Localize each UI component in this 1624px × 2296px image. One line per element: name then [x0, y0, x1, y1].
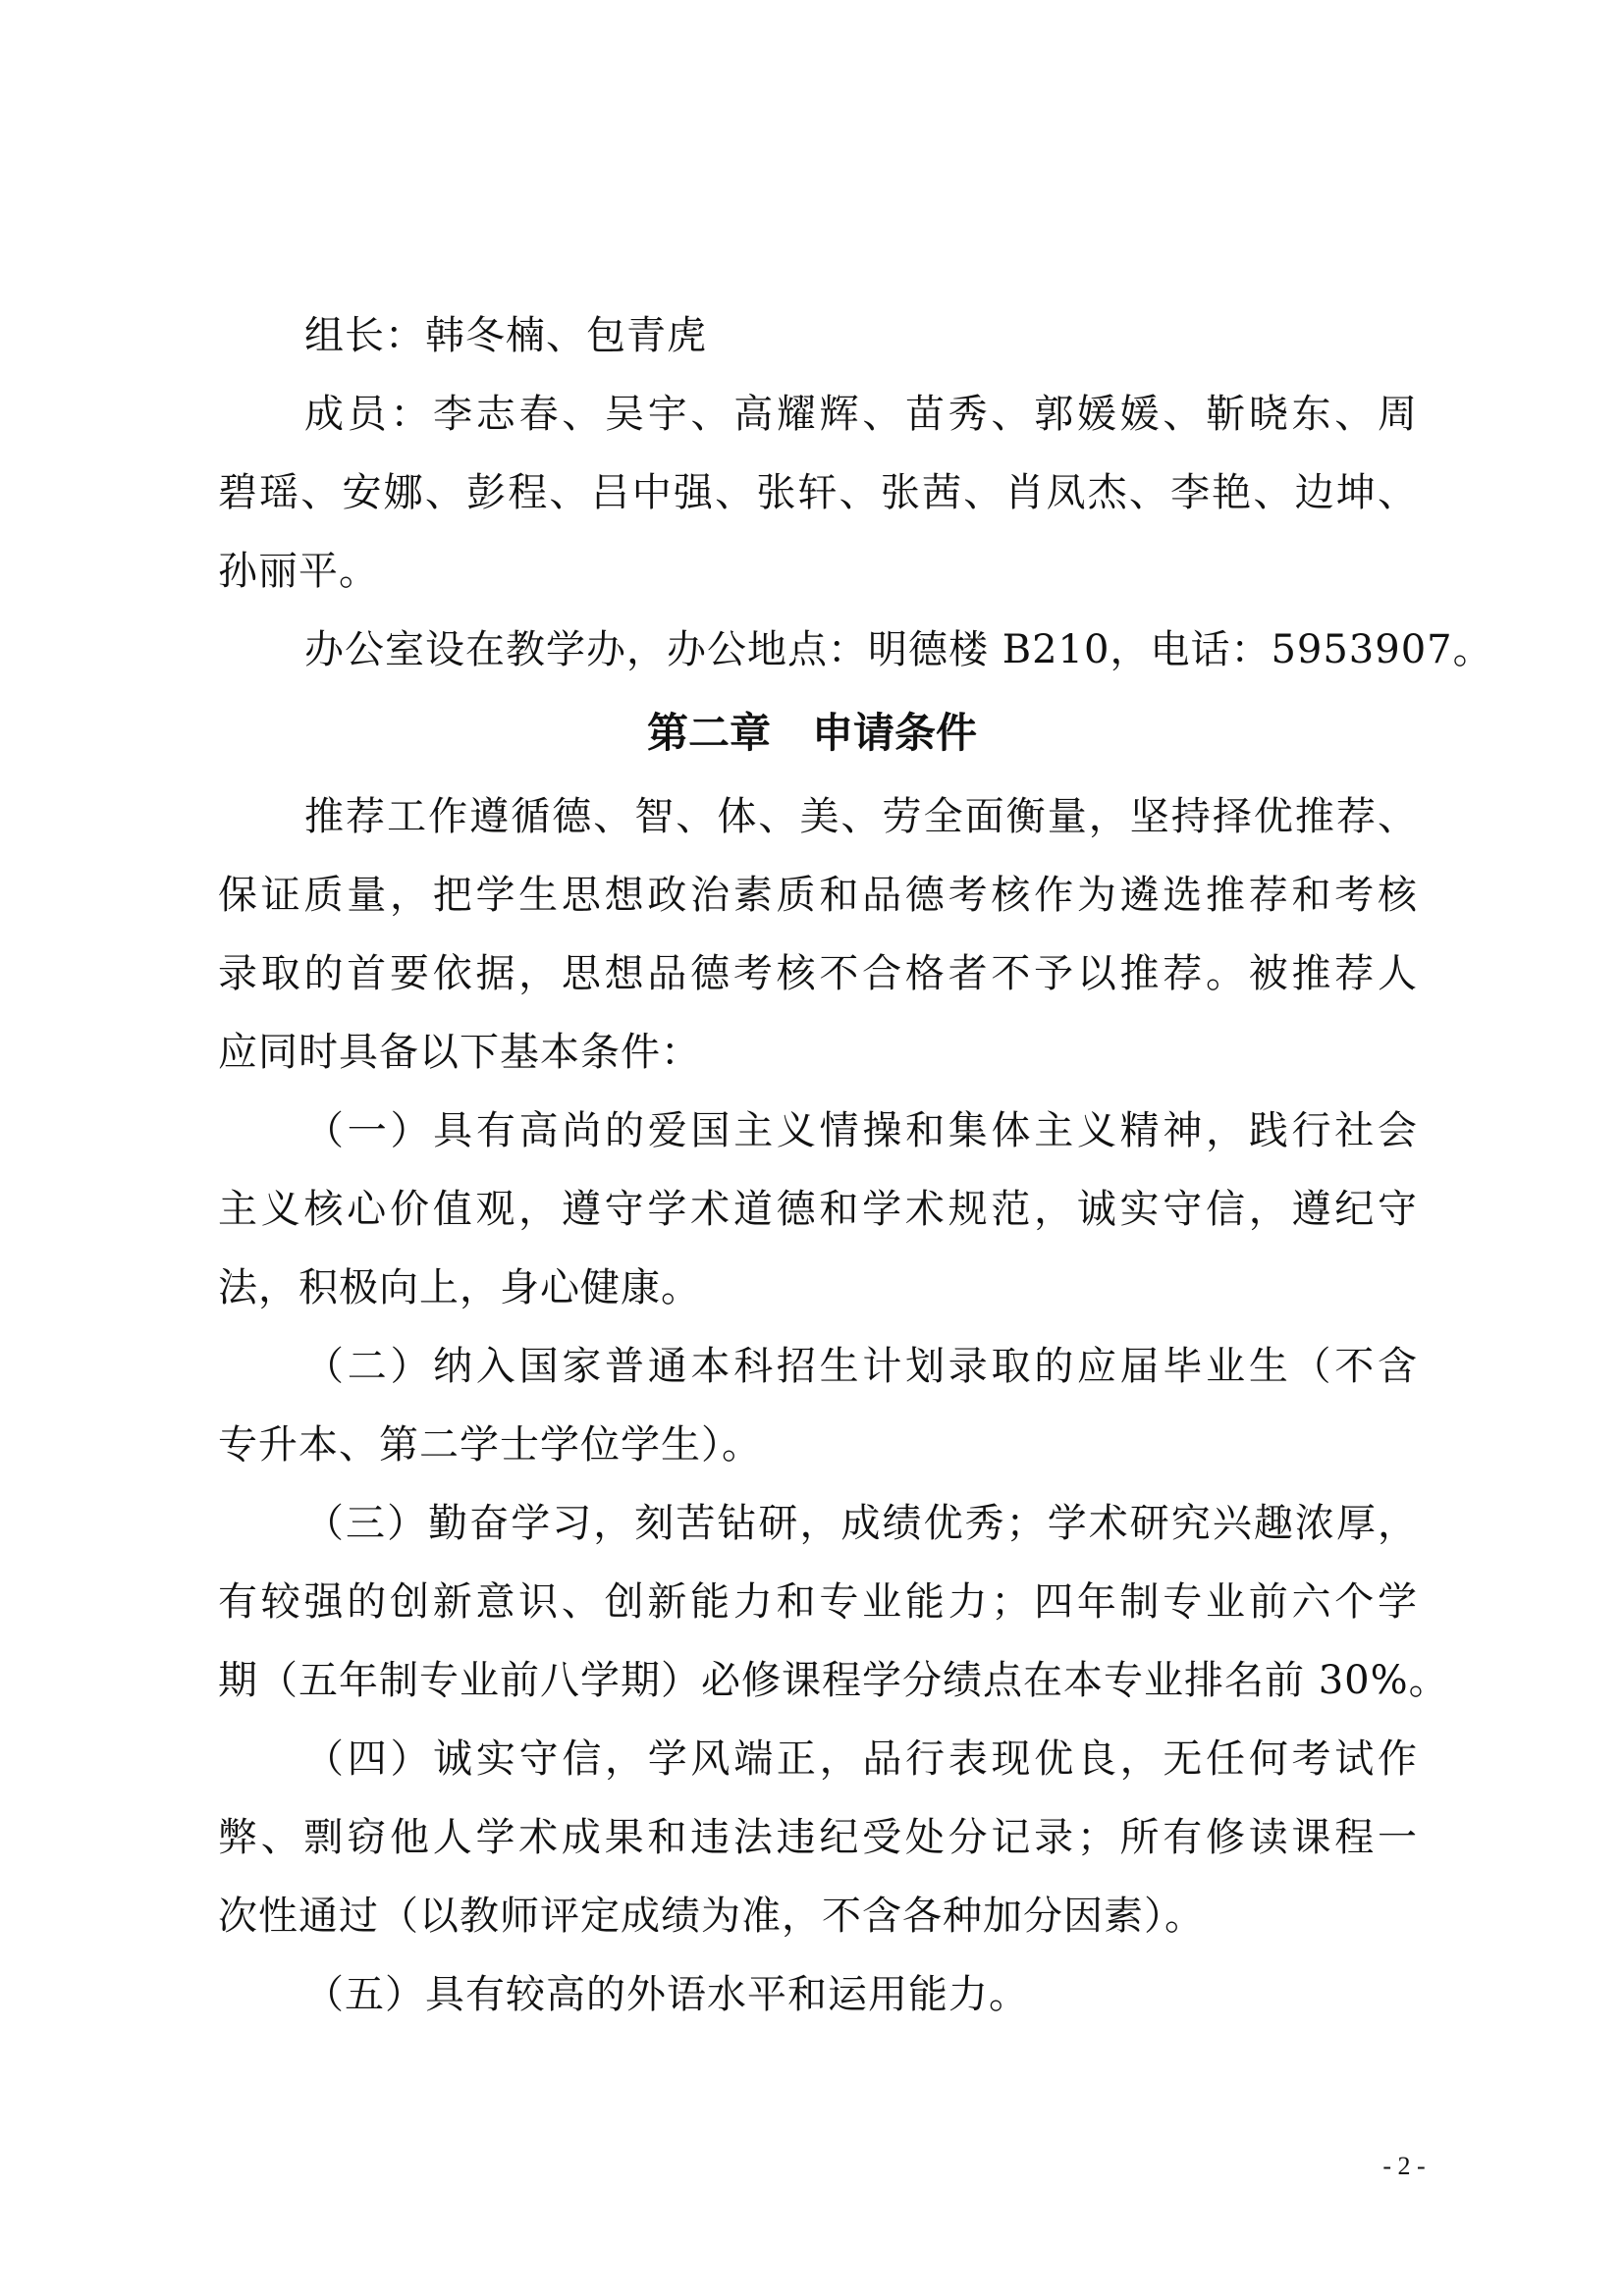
- condition-5-line-1: （五）具有较高的外语水平和运用能力。: [304, 1971, 1418, 2018]
- condition-4-line-1: （四）诚实守信，学风端正，品行表现优良，无任何考试作: [304, 1735, 1418, 1783]
- intro-line-2: 保证质量，把学生思想政治素质和品德考核作为遴选推荐和考核: [218, 872, 1418, 919]
- condition-4-line-3: 次性通过（以教师评定成绩为准，不含各种加分因素）。: [218, 1893, 1418, 1940]
- intro-line-1: 推荐工作遵循德、智、体、美、劳全面衡量，坚持择优推荐、: [304, 793, 1418, 840]
- members-line-2: 碧瑶、安娜、彭程、吕中强、张轩、张茜、肖凤杰、李艳、边坤、: [218, 469, 1418, 516]
- condition-1-line-1: （一）具有高尚的爱国主义情操和集体主义精神，践行社会: [304, 1107, 1418, 1154]
- condition-2-line-1: （二）纳入国家普通本科招生计划录取的应届毕业生（不含: [304, 1343, 1418, 1390]
- condition-3-line-2: 有较强的创新意识、创新能力和专业能力；四年制专业前六个学: [218, 1578, 1418, 1626]
- chapter-heading: 第二章 申请条件: [0, 709, 1624, 758]
- members-line-3: 孙丽平。: [218, 548, 1418, 595]
- document-page: 组长：韩冬楠、包青虎 成员：李志春、吴宇、高耀辉、苗秀、郭媛媛、靳晓东、周 碧瑶…: [0, 0, 1624, 2296]
- condition-4-line-2: 弊、剽窃他人学术成果和违法违纪受处分记录；所有修读课程一: [218, 1814, 1418, 1861]
- condition-3-line-1: （三）勤奋学习，刻苦钻研，成绩优秀；学术研究兴趣浓厚，: [304, 1500, 1418, 1547]
- group-leader-line: 组长：韩冬楠、包青虎: [304, 312, 1418, 359]
- condition-3-line-3: 期（五年制专业前八学期）必修课程学分绩点在本专业排名前 30%。: [218, 1657, 1418, 1704]
- members-line-1: 成员：李志春、吴宇、高耀辉、苗秀、郭媛媛、靳晓东、周: [304, 391, 1418, 438]
- page-number: - 2 -: [1355, 2152, 1453, 2181]
- condition-2-line-2: 专升本、第二学士学位学生）。: [218, 1421, 1418, 1468]
- intro-line-4: 应同时具备以下基本条件：: [218, 1029, 1418, 1076]
- intro-line-3: 录取的首要依据，思想品德考核不合格者不予以推荐。被推荐人: [218, 950, 1418, 997]
- condition-1-line-3: 法，积极向上，身心健康。: [218, 1264, 1418, 1311]
- condition-1-line-2: 主义核心价值观，遵守学术道德和学术规范，诚实守信，遵纪守: [218, 1186, 1418, 1233]
- office-info-line: 办公室设在教学办，办公地点：明德楼 B210，电话：5953907。: [304, 626, 1418, 673]
